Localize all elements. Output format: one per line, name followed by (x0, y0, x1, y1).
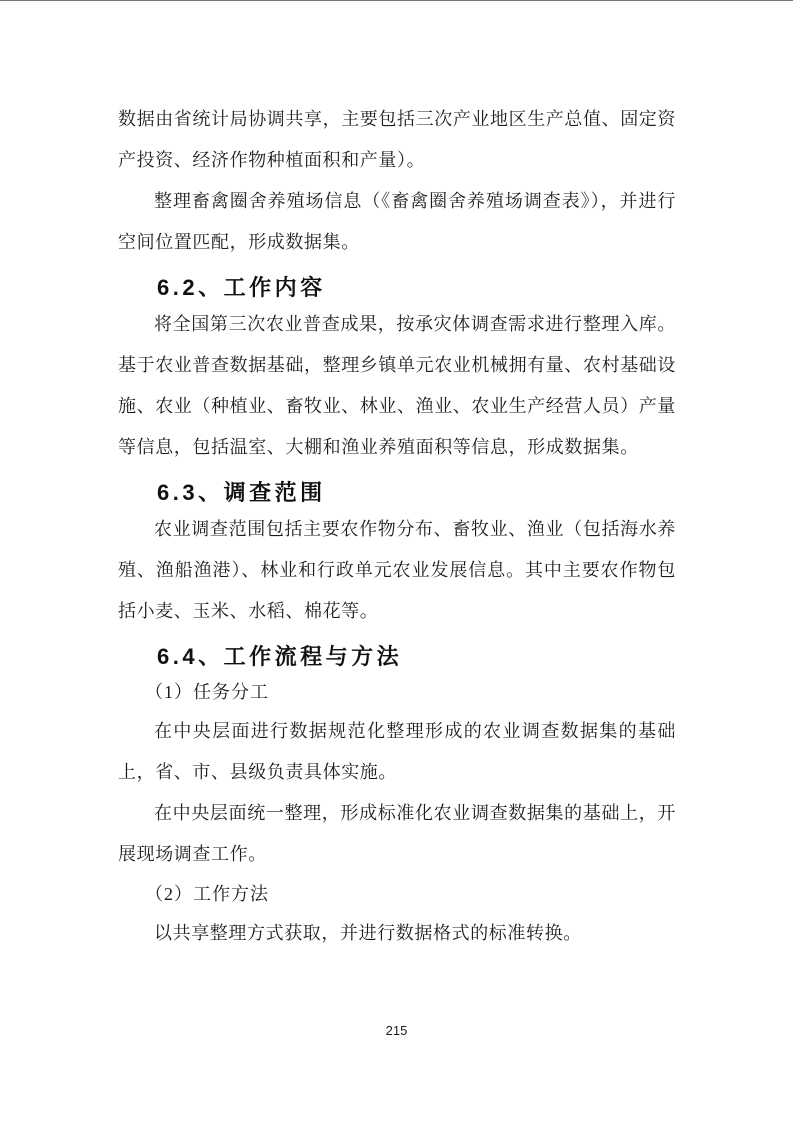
continuation-paragraph: 数据由省统计局协调共享，主要包括三次产业地区生产总值、固定资产投资、经济作物种植… (118, 99, 676, 181)
document-page: 数据由省统计局协调共享，主要包括三次产业地区生产总值、固定资产投资、经济作物种植… (0, 0, 793, 1122)
body-paragraph: 在中央层面统一整理，形成标准化农业调查数据集的基础上，开展现场调查工作。 (118, 793, 676, 875)
page-content: 数据由省统计局协调共享，主要包括三次产业地区生产总值、固定资产投资、经济作物种植… (118, 99, 676, 954)
section-heading-6-4: 6.4、工作流程与方法 (118, 640, 676, 673)
body-paragraph: 将全国第三次农业普查成果，按承灾体调查需求进行整理入库。基于农业普查数据基础，整… (118, 304, 676, 468)
body-paragraph: 在中央层面进行数据规范化整理形成的农业调查数据集的基础上，省、市、县级负责具体实… (118, 711, 676, 793)
section-heading-6-2: 6.2、工作内容 (118, 271, 676, 304)
body-paragraph: 以共享整理方式获取，并进行数据格式的标准转换。 (118, 913, 676, 954)
subsection-label-1: （1）任务分工 (118, 673, 676, 711)
subsection-label-2: （2）工作方法 (118, 875, 676, 913)
section-heading-6-3: 6.3、调查范围 (118, 476, 676, 509)
page-number: 215 (0, 1023, 793, 1038)
body-paragraph: 农业调查范围包括主要农作物分布、畜牧业、渔业（包括海水养殖、渔船渔港）、林业和行… (118, 509, 676, 632)
body-paragraph: 整理畜禽圈舍养殖场信息（《畜禽圈舍养殖场调查表》），并进行空间位置匹配，形成数据… (118, 181, 676, 263)
